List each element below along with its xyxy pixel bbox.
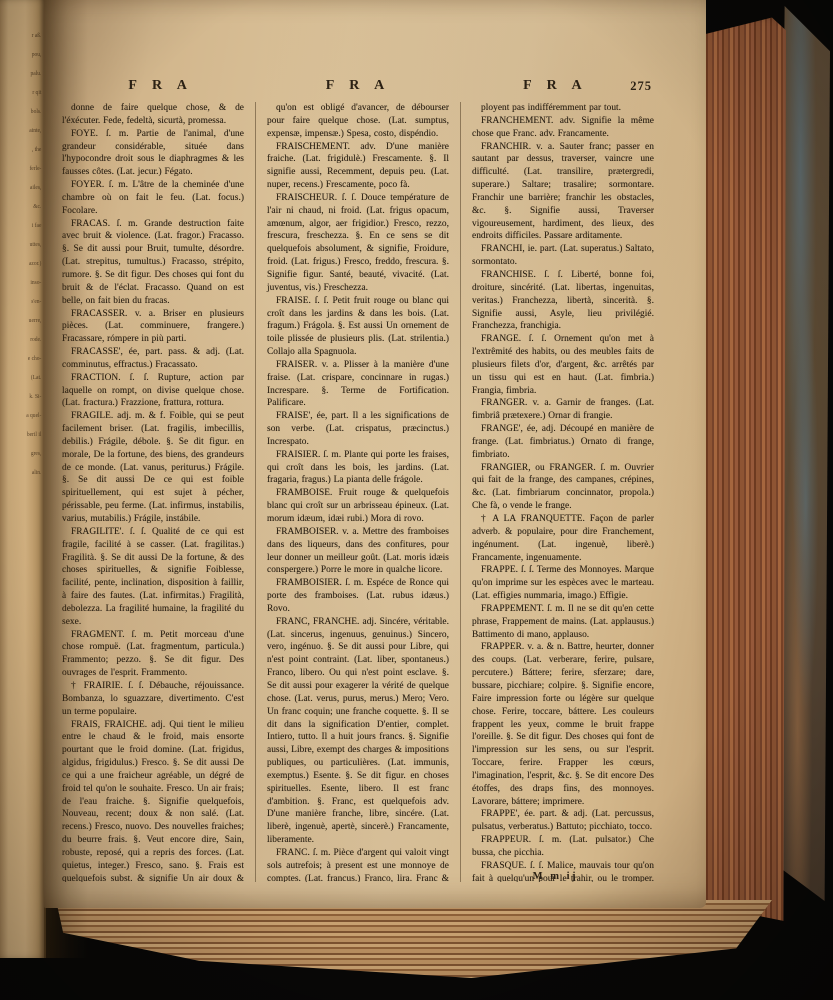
running-head-right: F R A bbox=[523, 78, 587, 93]
bottom-page-edges bbox=[56, 900, 772, 978]
dictionary-entry: FRAISER. v. a. Plisser à la manière d'un… bbox=[267, 359, 449, 410]
dictionary-entry: FOYER. ſ. m. L'âtre de la cheminée d'une… bbox=[62, 179, 244, 218]
text-fragment: r qit bbox=[5, 89, 42, 98]
dictionary-entry: FRAMBOISER. v. a. Mettre des framboises … bbox=[267, 526, 449, 577]
dictionary-entry: FRANGE. ſ. ſ. Ornement qu'on met à l'ext… bbox=[472, 333, 654, 397]
dictionary-entry: FRANC. ſ. m. Pièce d'argent qui valoit v… bbox=[267, 847, 449, 882]
dictionary-entry: FRAISE', ée, part. Il a les significatio… bbox=[267, 410, 449, 449]
column-3: ployent pas indifféremment par tout.FRAN… bbox=[460, 102, 654, 882]
text-fragment: s'en- bbox=[5, 298, 42, 307]
dictionary-entry: FRAGILITE'. ſ. ſ. Qualité de ce qui est … bbox=[62, 526, 244, 629]
dictionary-entry: FRACTION. ſ. ſ. Rupture, action par laqu… bbox=[62, 372, 244, 411]
dictionary-entry: FRAMBOISE. Fruit rouge & quelquefois bla… bbox=[267, 487, 449, 526]
dictionary-entry: FRAPPEMENT. ſ. m. Il ne se dit qu'en cet… bbox=[472, 603, 654, 642]
text-fragment: i fae bbox=[5, 222, 42, 231]
text-fragment: inso- bbox=[5, 279, 42, 288]
column-2: qu'on est obligé d'avancer, de débourser… bbox=[255, 102, 449, 882]
text-fragment: azor.) bbox=[5, 260, 42, 269]
text-fragment: ailes, bbox=[5, 184, 42, 193]
dictionary-entry: FRAISCHEMENT. adv. D'une manière fraiche… bbox=[267, 141, 449, 192]
dictionary-entry: † FRAIRIE. ſ. ſ. Débauche, réjouissance.… bbox=[62, 680, 244, 719]
signature-mark: M m ij bbox=[533, 871, 578, 882]
dictionary-entry: FRAMBOISIER. ſ. m. Espéce de Ronce qui p… bbox=[267, 577, 449, 616]
dictionary-entry: FRANGE', ée, adj. Découpé en manière de … bbox=[472, 423, 654, 462]
dictionary-entry: FRACAS. ſ. m. Grande destruction faite a… bbox=[62, 218, 244, 308]
dictionary-entry: FOYE. ſ. m. Partie de l'animal, d'une gr… bbox=[62, 128, 244, 179]
dictionary-entry: FRANC, FRANCHE. adj. Sincére, véritable.… bbox=[267, 616, 449, 847]
running-head-left: F R A bbox=[62, 78, 259, 94]
text-fragment: (Lat. bbox=[5, 374, 42, 383]
photo-background: r aß.pou,palu.r qitbols.ainte,, theferle… bbox=[0, 0, 833, 1000]
dictionary-entry: FRANCHEMENT. adv. Signifie la même chose… bbox=[472, 115, 654, 141]
text-fragment: gres, bbox=[5, 450, 42, 459]
dictionary-entry: FRAGMENT. ſ. m. Petit morceau d'une chos… bbox=[62, 629, 244, 680]
dictionary-text-body: donne de faire quelque chose, & de l'éxé… bbox=[62, 102, 654, 882]
column-1: donne de faire quelque chose, & de l'éxé… bbox=[62, 102, 244, 882]
text-fragment: a quel- bbox=[5, 412, 42, 421]
text-fragment: uttes, bbox=[5, 241, 42, 250]
text-fragment: uerre, bbox=[5, 317, 42, 326]
dictionary-entry: FRAIS, FRAICHE. adj. Qui tient le milieu… bbox=[62, 719, 244, 883]
text-fragment: r aß. bbox=[5, 32, 42, 41]
facing-page-edge: r aß.pou,palu.r qitbols.ainte,, theferle… bbox=[0, 0, 46, 958]
text-fragment: k. Si- bbox=[5, 393, 42, 402]
dictionary-entry: FRAPPE. ſ. ſ. Terme des Monnoyes. Marque… bbox=[472, 564, 654, 603]
dictionary-entry: † A LA FRANQUETTE. Façon de parler adver… bbox=[472, 513, 654, 564]
dictionary-entry: FRACASSER. v. a. Briser en plusieurs piè… bbox=[62, 308, 244, 347]
dictionary-entry: FRANGIER, ou FRANGER. ſ. m. Ouvrier qui … bbox=[472, 462, 654, 513]
dictionary-entry: FRAPPER. v. a. & n. Battre, heurter, don… bbox=[472, 641, 654, 808]
page-number: 275 bbox=[630, 79, 652, 94]
running-head-right-cell: F R A 275 bbox=[457, 78, 654, 94]
text-fragment: ferle- bbox=[5, 165, 42, 174]
text-fragment: alin. bbox=[5, 469, 42, 478]
text-fragment: rode. bbox=[5, 336, 42, 345]
dictionary-entry: FRAGILE. adj. m. & f. Foible, qui se peu… bbox=[62, 410, 244, 526]
dictionary-entry: FRANGER. v. a. Garnir de franges. (Lat. … bbox=[472, 397, 654, 423]
dictionary-entry: donne de faire quelque chose, & de l'éxé… bbox=[62, 102, 244, 128]
book-page: F R A F R A F R A 275 donne de faire que… bbox=[44, 0, 706, 908]
dictionary-entry: FRACASSE', ée, part. pass. & adj. (Lat. … bbox=[62, 346, 244, 372]
running-head-center: F R A bbox=[259, 78, 456, 94]
dictionary-entry: FRAISE. ſ. ſ. Petit fruit rouge ou blanc… bbox=[267, 295, 449, 359]
dictionary-entry: ployent pas indifféremment par tout. bbox=[472, 102, 654, 115]
text-fragment: pou, bbox=[5, 51, 42, 60]
dictionary-entry: FRAPPE', ée. part. & adj. (Lat. percussu… bbox=[472, 808, 654, 834]
text-fragment: bols. bbox=[5, 108, 42, 117]
running-head: F R A F R A F R A 275 bbox=[62, 78, 654, 94]
dictionary-entry: FRANCHISE. ſ. ſ. Liberté, bonne foi, dro… bbox=[472, 269, 654, 333]
text-fragment: ainte, bbox=[5, 127, 42, 136]
dictionary-entry: FRANCHIR. v. a. Sauter franc; passer en … bbox=[472, 141, 654, 244]
text-fragment: , the bbox=[5, 146, 42, 155]
dictionary-entry: FRAPPEUR. ſ. m. (Lat. pulsator.) Che bus… bbox=[472, 834, 654, 860]
text-fragment: e cho- bbox=[5, 355, 42, 364]
dictionary-entry: FRAISCHEUR. ſ. ſ. Douce température de l… bbox=[267, 192, 449, 295]
dictionary-entry: FRAISIER. ſ. m. Plante qui porte les fra… bbox=[267, 449, 449, 488]
dictionary-entry: FRANCHI, ie. part. (Lat. superatus.) Sal… bbox=[472, 243, 654, 269]
text-fragment: &c. bbox=[5, 203, 42, 212]
facing-page-text-fragments: r aß.pou,palu.r qitbols.ainte,, theferle… bbox=[5, 22, 42, 488]
fore-edge-pages bbox=[698, 12, 786, 930]
text-fragment: beril il bbox=[5, 431, 42, 440]
text-fragment: palu. bbox=[5, 70, 42, 79]
dictionary-entry: qu'on est obligé d'avancer, de débourser… bbox=[267, 102, 449, 141]
